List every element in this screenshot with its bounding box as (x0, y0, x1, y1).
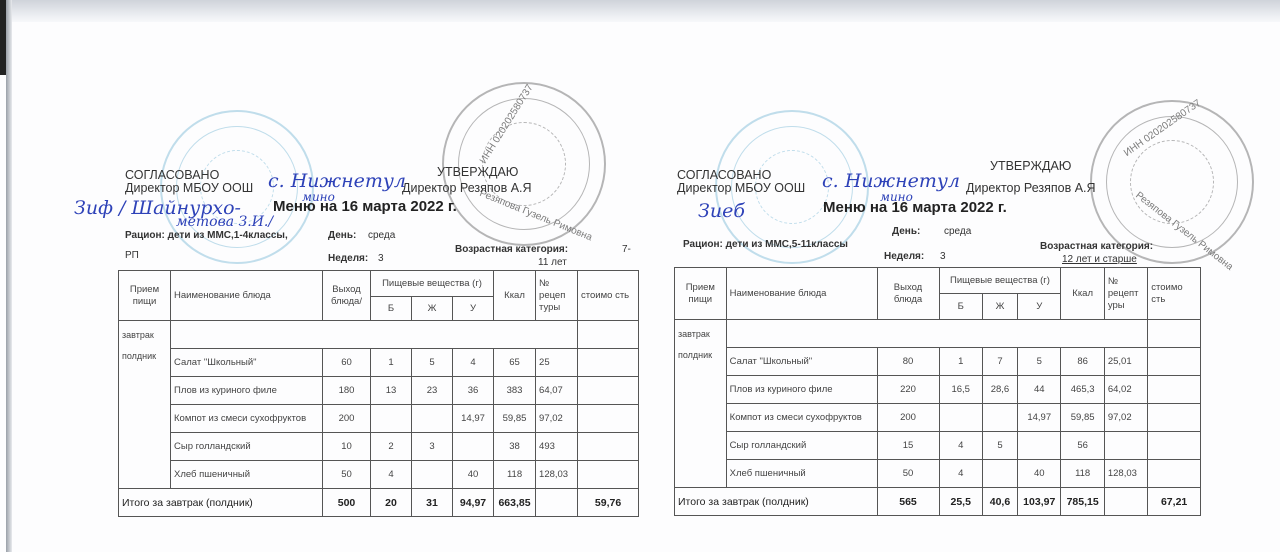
header-meal: Прием пищи (675, 268, 727, 320)
total-recipe (536, 489, 578, 517)
cell-yield: 60 (323, 349, 371, 377)
day-value: среда (368, 230, 395, 241)
header-recipe: № рецеп туры (536, 271, 578, 321)
ration-line2: РП (125, 250, 139, 261)
cell-protein (939, 404, 982, 432)
total-yield: 500 (323, 489, 371, 517)
day-label: День: (328, 230, 356, 241)
cell-yield: 180 (323, 377, 371, 405)
cell-protein: 16,5 (939, 376, 982, 404)
signature-left: Зиеб (698, 200, 745, 222)
cell-protein: 4 (939, 460, 982, 488)
cell-protein: 2 (371, 433, 412, 461)
cell-protein: 1 (371, 349, 412, 377)
header-fat: Ж (982, 294, 1017, 320)
total-carbs: 94,97 (453, 489, 494, 517)
cell-kcal: 465,3 (1061, 376, 1104, 404)
cell-cost (1148, 432, 1201, 460)
cell-carbs (1018, 432, 1061, 460)
cell-fat (412, 461, 453, 489)
header-yield: Выход блюда (877, 268, 939, 320)
menu-table-left: Прием пищи Наименование блюда Выход блюд… (118, 270, 639, 517)
meal-breakfast: завтрак (119, 321, 171, 349)
cell-fat: 5 (412, 349, 453, 377)
week-label: Неделя: (328, 253, 368, 264)
cell-fat: 28,6 (982, 376, 1017, 404)
day-label: День: (892, 226, 920, 237)
week-label: Неделя: (884, 251, 924, 262)
ration-label: Рацион: дети из ММС,1-4классы, (125, 230, 288, 241)
scan-top-edge (0, 0, 1280, 22)
header-cost: стоимо сть (1148, 268, 1201, 320)
cell-fat (982, 404, 1017, 432)
cell-cost (578, 405, 639, 433)
cell-kcal: 56 (1061, 432, 1104, 460)
table-row: полдникСалат "Школьный"601546525 (119, 349, 639, 377)
cell-dish: Сыр голландский (726, 432, 877, 460)
cell-kcal: 59,85 (1061, 404, 1104, 432)
cell-cost (578, 377, 639, 405)
cell-carbs: 40 (1018, 460, 1061, 488)
cell-protein: 1 (939, 348, 982, 376)
cell-carbs: 5 (1018, 348, 1061, 376)
cell-yield: 200 (323, 405, 371, 433)
cell-cost (1148, 376, 1201, 404)
age-value-b: 11 лет (538, 257, 567, 268)
cell-dish: Плов из куриного филе (726, 376, 877, 404)
rows-right: полдникСалат "Школьный"801758625,01Плов … (675, 348, 1201, 488)
cell-cost (1148, 404, 1201, 432)
cell-recipe (1104, 432, 1147, 460)
day-value: среда (944, 226, 971, 237)
menu-title: Меню на 16 марта 2022 г. (273, 198, 457, 215)
cell-recipe: 25 (536, 349, 578, 377)
total-row: Итого за завтрак (полдник) 500 20 31 94,… (119, 489, 639, 517)
header-fat: Ж (412, 297, 453, 321)
table-row: Плов из куриного филе22016,528,644465,36… (675, 376, 1201, 404)
cell-kcal: 38 (494, 433, 536, 461)
header-protein: Б (939, 294, 982, 320)
total-label: Итого за завтрак (полдник) (119, 489, 323, 517)
header-meal: Прием пищи (119, 271, 171, 321)
rows-left: полдникСалат "Школьный"601546525Плов из … (119, 349, 639, 489)
cell-fat: 7 (982, 348, 1017, 376)
total-cost: 59,76 (578, 489, 639, 517)
cell-cost (1148, 348, 1201, 376)
cell-dish: Салат "Школьный" (726, 348, 877, 376)
cell-dish: Сыр голландский (171, 433, 323, 461)
approved-by: Директор Резяпов А.Я (402, 181, 532, 195)
cell-dish: Компот из смеси сухофруктов (726, 404, 877, 432)
breakfast-spacer (726, 320, 1148, 348)
ration-label: Рацион: дети из ММС,5-11классы (683, 239, 848, 250)
cell-kcal: 118 (1061, 460, 1104, 488)
menu-table-right: Прием пищи Наименование блюда Выход блюд… (674, 267, 1201, 516)
breakfast-spacer (171, 321, 578, 349)
total-protein: 25,5 (939, 488, 982, 516)
cell-dish: Хлеб пшеничный (726, 460, 877, 488)
table-row: Сыр голландский102338493 (119, 433, 639, 461)
cell-carbs: 4 (453, 349, 494, 377)
meal-snack: полдник (675, 348, 727, 488)
scan-left-shadow (0, 0, 6, 75)
cell-fat: 3 (412, 433, 453, 461)
cell-protein (371, 405, 412, 433)
header-nutrients: Пищевые вещества (г) (371, 271, 494, 297)
cell-yield: 15 (877, 432, 939, 460)
header-dish: Наименование блюда (171, 271, 323, 321)
cell-kcal: 65 (494, 349, 536, 377)
total-kcal: 785,15 (1061, 488, 1104, 516)
cell-recipe: 128,03 (1104, 460, 1147, 488)
total-yield: 565 (877, 488, 939, 516)
agreed-label: СОГЛАСОВАНО (125, 168, 219, 182)
total-fat: 40,6 (982, 488, 1017, 516)
total-protein: 20 (371, 489, 412, 517)
cell-yield: 80 (877, 348, 939, 376)
breakfast-cost (578, 321, 639, 349)
agreed-by: Директор МБОУ ООШ (125, 181, 253, 195)
table-row: Сыр голландский154556 (675, 432, 1201, 460)
table-row: полдникСалат "Школьный"801758625,01 (675, 348, 1201, 376)
approved-label: УТВЕРЖДАЮ (437, 165, 518, 179)
age-label: Возрастная категория: (455, 244, 568, 255)
header-cost: стоимо сть (578, 271, 639, 321)
week-value: 3 (378, 253, 384, 264)
table-row: Компот из смеси сухофруктов20014,9759,85… (675, 404, 1201, 432)
cell-carbs: 40 (453, 461, 494, 489)
header-protein: Б (371, 297, 412, 321)
cell-yield: 10 (323, 433, 371, 461)
table-row: Компот из смеси сухофруктов20014,9759,85… (119, 405, 639, 433)
header-carbs: У (1018, 294, 1061, 320)
cell-recipe: 97,02 (536, 405, 578, 433)
approved-by: Директор Резяпов А.Я (966, 181, 1096, 195)
table-row: Хлеб пшеничный50440118128,03 (675, 460, 1201, 488)
total-cost: 67,21 (1148, 488, 1201, 516)
cell-recipe: 64,07 (536, 377, 578, 405)
table-row: Хлеб пшеничный50440118128,03 (119, 461, 639, 489)
header-dish: Наименование блюда (726, 268, 877, 320)
cell-protein: 4 (371, 461, 412, 489)
agreed-by: Директор МБОУ ООШ (677, 181, 805, 195)
agreed-label: СОГЛАСОВАНО (677, 168, 771, 182)
total-row: Итого за завтрак (полдник) 565 25,5 40,6… (675, 488, 1201, 516)
total-carbs: 103,97 (1018, 488, 1061, 516)
header-carbs: У (453, 297, 494, 321)
cell-fat: 5 (982, 432, 1017, 460)
cell-protein: 13 (371, 377, 412, 405)
total-fat: 31 (412, 489, 453, 517)
cell-yield: 50 (323, 461, 371, 489)
total-recipe (1104, 488, 1147, 516)
breakfast-cost (1148, 320, 1201, 348)
header-kcal: Ккал (494, 271, 536, 321)
cell-yield: 50 (877, 460, 939, 488)
cell-yield: 200 (877, 404, 939, 432)
cell-carbs: 44 (1018, 376, 1061, 404)
approved-label: УТВЕРЖДАЮ (990, 159, 1071, 173)
cell-cost (578, 461, 639, 489)
cell-cost (1148, 460, 1201, 488)
week-value: 3 (940, 251, 946, 262)
age-value-a: 7- (622, 244, 631, 255)
header-yield: Выход блюда/ (323, 271, 371, 321)
cell-dish: Салат "Школьный" (171, 349, 323, 377)
cell-kcal: 59,85 (494, 405, 536, 433)
cell-carbs (453, 433, 494, 461)
cell-protein: 4 (939, 432, 982, 460)
table-row: Плов из куриного филе18013233638364,07 (119, 377, 639, 405)
scan-left-edge (6, 0, 12, 552)
cell-carbs: 14,97 (453, 405, 494, 433)
agreed-signature: с. Нижнетул (822, 170, 960, 192)
age-label: Возрастная категория: (1040, 241, 1153, 252)
total-label: Итого за завтрак (полдник) (675, 488, 878, 516)
cell-cost (578, 349, 639, 377)
cell-yield: 220 (877, 376, 939, 404)
header-nutrients: Пищевые вещества (г) (939, 268, 1061, 294)
cell-recipe: 64,02 (1104, 376, 1147, 404)
cell-carbs: 14,97 (1018, 404, 1061, 432)
total-kcal: 663,85 (494, 489, 536, 517)
signature-left-line2: метова З.И./ (176, 214, 273, 230)
cell-recipe: 128,03 (536, 461, 578, 489)
cell-recipe: 493 (536, 433, 578, 461)
cell-fat (412, 405, 453, 433)
cell-dish: Компот из смеси сухофруктов (171, 405, 323, 433)
meal-breakfast: завтрак (675, 320, 727, 348)
cell-dish: Плов из куриного филе (171, 377, 323, 405)
header-recipe: № рецепт уры (1104, 268, 1147, 320)
agreed-signature: с. Нижнетул (268, 170, 406, 192)
cell-kcal: 383 (494, 377, 536, 405)
cell-carbs: 36 (453, 377, 494, 405)
age-value-b: 12 лет и старше (1062, 254, 1137, 265)
cell-fat: 23 (412, 377, 453, 405)
header-kcal: Ккал (1061, 268, 1104, 320)
menu-title: Меню на 16 марта 2022 г. (823, 199, 1007, 216)
cell-kcal: 118 (494, 461, 536, 489)
cell-dish: Хлеб пшеничный (171, 461, 323, 489)
cell-recipe: 97,02 (1104, 404, 1147, 432)
cell-kcal: 86 (1061, 348, 1104, 376)
cell-recipe: 25,01 (1104, 348, 1147, 376)
cell-cost (578, 433, 639, 461)
meal-snack: полдник (119, 349, 171, 489)
cell-fat (982, 460, 1017, 488)
